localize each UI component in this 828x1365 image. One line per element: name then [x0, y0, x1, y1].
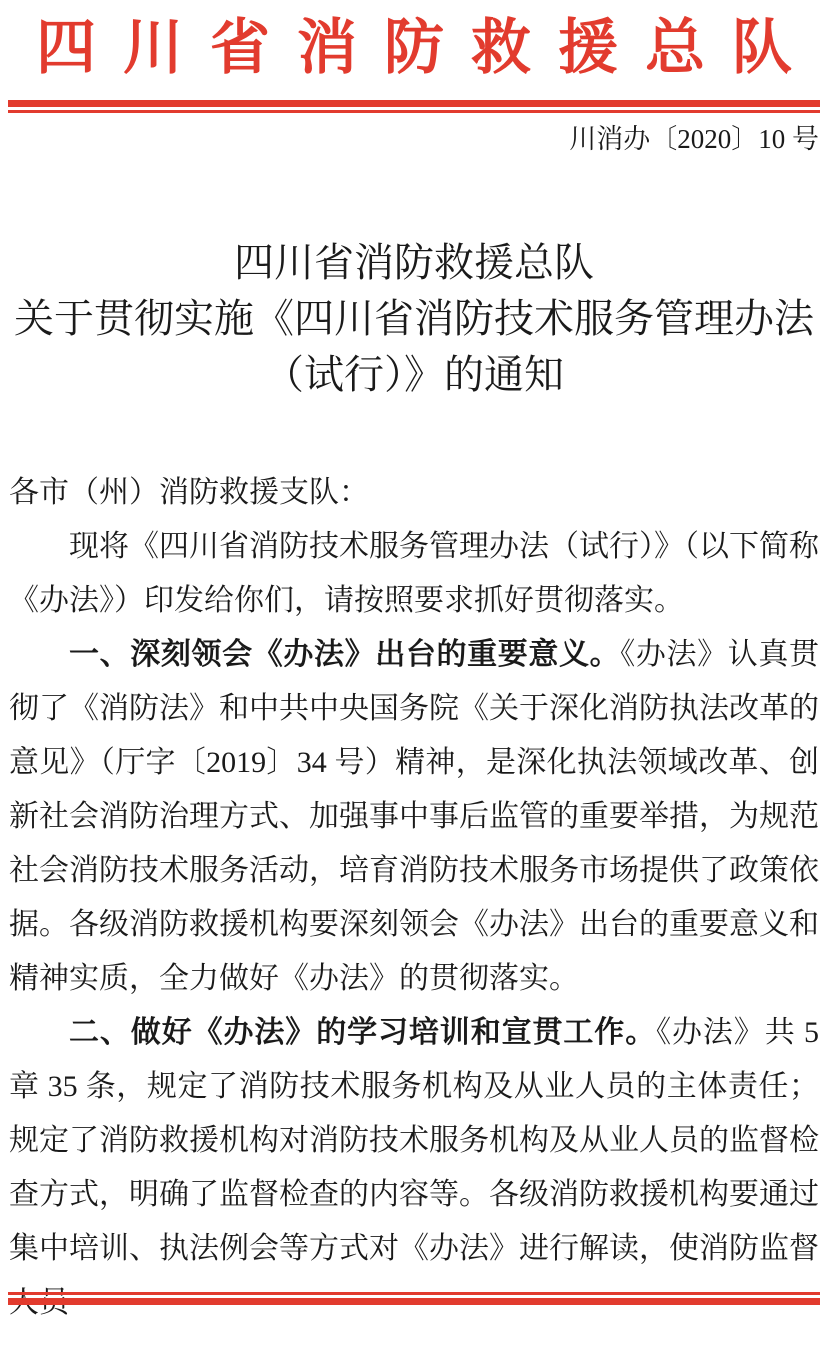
- salutation: 各市（州）消防救援支队：: [9, 466, 819, 520]
- paragraph-section-2-lead: 二、做好《办法》的学习培训和宣贯工作。: [69, 1016, 656, 1049]
- document-page: 四川省消防救援总队 川消办〔2020〕10 号 四川省消防救援总队 关于贯彻实施…: [0, 0, 828, 1365]
- paragraph-section-1: 一、深刻领会《办法》出台的重要意义。《办法》认真贯彻了《消防法》和中共中央国务院…: [9, 628, 819, 1006]
- doc-number: 川消办〔2020〕10 号: [569, 121, 819, 157]
- paragraph-forwarding-notice: 现将《四川省消防技术服务管理办法（试行）》（以下简称《办法》）印发给你们，请按照…: [9, 520, 819, 628]
- header-divider-thick-line: [8, 100, 820, 107]
- paragraph-forwarding-notice-text: 现将《四川省消防技术服务管理办法（试行）》（以下简称《办法》）印发给你们，请按照…: [9, 530, 819, 617]
- paragraph-section-1-lead: 一、深刻领会《办法》出台的重要意义。: [69, 638, 620, 671]
- footer-divider: [8, 1292, 820, 1305]
- header-divider-thin-line: [8, 110, 820, 113]
- document-title-line-2: 关于贯彻实施《四川省消防技术服务管理办法: [0, 291, 828, 347]
- paragraph-section-2: 二、做好《办法》的学习培训和宣贯工作。《办法》共 5 章 35 条，规定了消防技…: [9, 1006, 819, 1330]
- document-title-line-3: （试行）》的通知: [0, 347, 828, 403]
- document-body: 各市（州）消防救援支队： 现将《四川省消防技术服务管理办法（试行）》（以下简称《…: [9, 466, 819, 1330]
- paragraph-section-1-text: 《办法》认真贯彻了《消防法》和中共中央国务院《关于深化消防执法改革的意见》（厅字…: [9, 638, 819, 995]
- footer-divider-thick-line: [8, 1298, 820, 1305]
- agency-name-banner: 四川省消防救援总队: [0, 12, 828, 84]
- document-title: 四川省消防救援总队 关于贯彻实施《四川省消防技术服务管理办法 （试行）》的通知: [0, 235, 828, 403]
- paragraph-section-2-text: 《办法》共 5 章 35 条，规定了消防技术服务机构及从业人员的主体责任；规定了…: [9, 1016, 819, 1319]
- document-title-line-1: 四川省消防救援总队: [0, 235, 828, 291]
- header-divider: [8, 100, 820, 113]
